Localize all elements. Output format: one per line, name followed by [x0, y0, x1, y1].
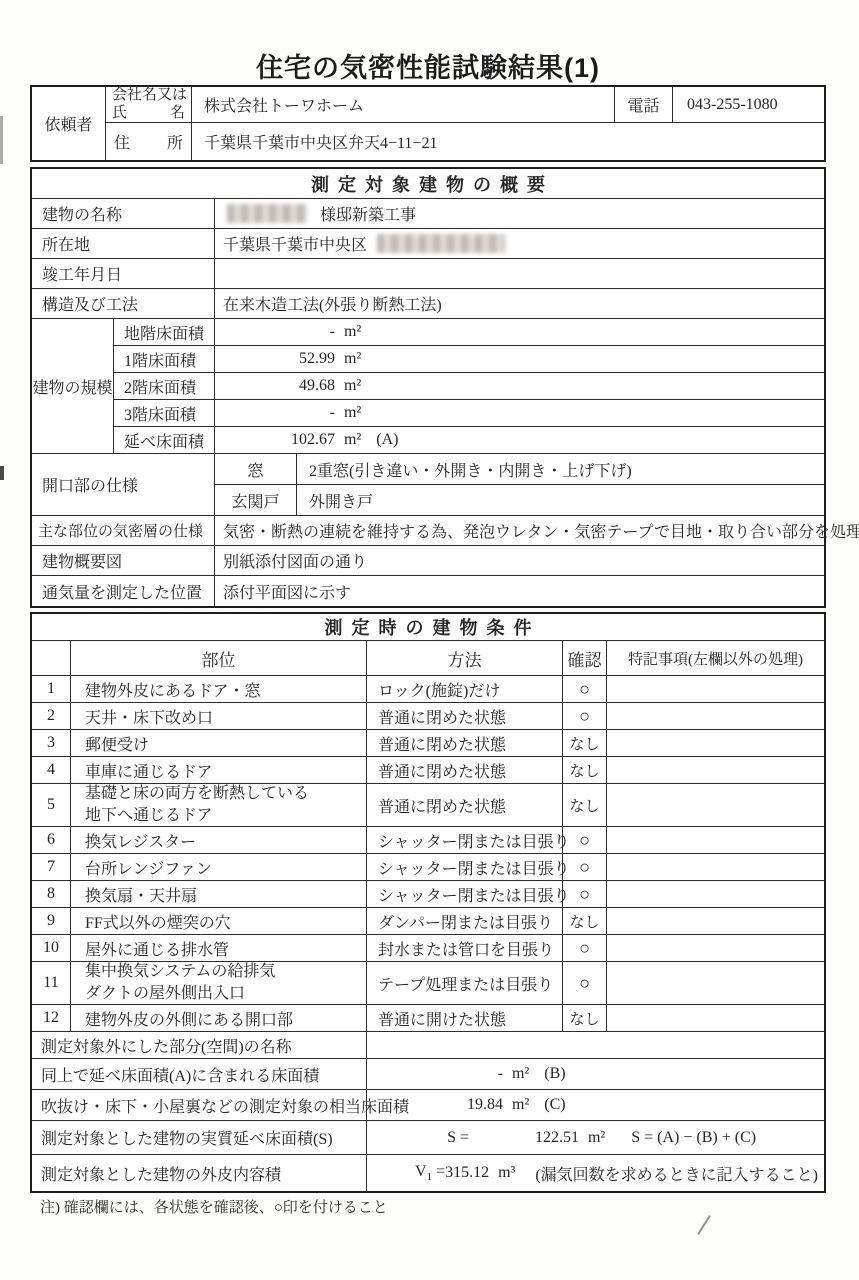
row-part: 車庫に通じるドア: [71, 757, 367, 784]
row-notes: [607, 1005, 824, 1032]
row-number: 2: [32, 703, 71, 730]
structure-label: 構造及び工法: [32, 289, 215, 319]
row-number: 6: [32, 827, 71, 854]
row-part: 屋外に通じる排水管: [71, 935, 367, 962]
entrance-door-label: 玄関戸: [215, 485, 297, 516]
measure-position-label: 通気量を測定した位置: [32, 576, 215, 606]
volume-symbol: V1 =: [415, 1163, 445, 1183]
row-method: ロック(施錠)だけ: [367, 676, 563, 703]
row-notes: [607, 881, 824, 908]
location-label: 所在地: [32, 229, 215, 259]
row-part: 台所レンジファン: [71, 854, 367, 881]
row-part: 換気レジスター: [71, 827, 367, 854]
row-check: ○: [563, 676, 607, 703]
floor-area-c-label: 吹抜け・床下・小屋裏などの測定対象の相当床面積: [32, 1090, 367, 1121]
row-notes: [607, 757, 824, 784]
building-overview-table: 測定対象建物の概要 建物の名称 様邸新築工事 所在地 千葉県千葉市中央区 竣工年…: [30, 167, 826, 608]
row-notes: [607, 730, 824, 757]
entrance-door-value: 外開き戸: [297, 485, 824, 516]
openings-label: 開口部の仕様: [32, 454, 215, 516]
row-check: ○: [563, 703, 607, 730]
footnote: 注) 確認欄には、各状態を確認後、○印を付けること: [40, 1196, 388, 1217]
row-part: 天井・床下改め口: [71, 703, 367, 730]
company-label-line1: 会社名又は: [112, 87, 185, 104]
row-method: シャッター閉または目張り: [367, 827, 563, 854]
envelope-volume-value: V1 = 315.12 m³ (漏気回数を求めるときに記入すること): [367, 1155, 824, 1191]
basement-area-label: 地階床面積: [114, 319, 215, 346]
floor2-area-label: 2階床面積: [114, 373, 215, 400]
scanned-document-page: 住宅の気密性能試験結果(1) 依頼者 会社名又は 氏 名 株式会社トーワホーム …: [0, 0, 859, 1280]
row-number: 10: [32, 935, 71, 962]
row-check: なし: [563, 757, 607, 784]
row-notes: [607, 935, 824, 962]
row-number: 12: [32, 1005, 71, 1032]
row-part: 建物外皮の外側にある開口部: [71, 1005, 367, 1032]
address-value: 千葉県千葉市中央区弁天4−11−21: [192, 123, 824, 160]
row-number: 8: [32, 881, 71, 908]
address-label: 住 所: [106, 123, 192, 160]
floor1-area-value: 52.99 m²: [215, 346, 824, 373]
header-notes: 特記事項(左欄以外の処理): [607, 641, 824, 676]
phone-label: 電話: [615, 87, 673, 123]
completion-date-value: [215, 259, 824, 289]
row-part: 集中換気システムの給排気 ダクトの屋外側出入口: [71, 962, 367, 1005]
row-number: 3: [32, 730, 71, 757]
row-method: 普通に閉めた状態: [367, 703, 563, 730]
scan-edge-mark: [0, 116, 3, 164]
row-check: ○: [563, 881, 607, 908]
excluded-space-value: [367, 1032, 824, 1059]
pen-slash-mark: [697, 1215, 710, 1235]
row-method: 普通に閉めた状態: [367, 784, 563, 827]
excluded-space-label: 測定対象外にした部分(空間)の名称: [32, 1032, 367, 1059]
building-name-value: 様邸新築工事: [215, 199, 824, 229]
document-title: 住宅の気密性能試験結果(1): [30, 46, 826, 85]
row-method: シャッター閉または目張り: [367, 854, 563, 881]
row-number: 11: [32, 962, 71, 1005]
net-floor-area-s-value: S = 122.51 m² S = (A) − (B) + (C): [367, 1121, 824, 1155]
row-check: なし: [563, 1005, 607, 1032]
company-label-line2: 氏 名: [112, 105, 185, 122]
row-number: 5: [32, 784, 71, 827]
structure-value: 在来木造工法(外張り断熱工法): [215, 289, 824, 319]
header-number: [32, 641, 71, 676]
building-scale-label: 建物の規模: [32, 319, 114, 454]
completion-date-label: 竣工年月日: [32, 259, 215, 289]
row-check: なし: [563, 908, 607, 935]
row-notes: [607, 784, 824, 827]
net-floor-area-s-label: 測定対象とした建物の実質延べ床面積(S): [32, 1121, 367, 1155]
diagram-label: 建物概要図: [32, 546, 215, 576]
location-value: 千葉県千葉市中央区: [215, 229, 824, 259]
header-check: 確認: [563, 641, 607, 676]
airtight-layer-label: 主な部位の気密層の仕様: [32, 516, 215, 546]
row-number: 1: [32, 676, 71, 703]
total-floor-area-value: 102.67 m² (A): [215, 427, 824, 454]
row-check: ○: [563, 827, 607, 854]
row-method: シャッター閉または目張り: [367, 881, 563, 908]
redacted-name: [227, 204, 307, 223]
floor3-area-value: - m²: [215, 400, 824, 427]
row-number: 9: [32, 908, 71, 935]
redacted-address: [377, 234, 505, 253]
client-company-value: 株式会社トーワホーム: [192, 87, 615, 123]
floor3-area-label: 3階床面積: [114, 400, 215, 427]
row-notes: [607, 962, 824, 1005]
header-method: 方法: [367, 641, 563, 676]
row-method: テープ処理または目張り: [367, 962, 563, 1005]
measurement-conditions-table: 測定時の建物条件 部位 方法 確認 特記事項(左欄以外の処理) 1 建物外皮にあ…: [30, 612, 826, 1193]
floor-area-c-value: 19.84 m² (C): [367, 1090, 824, 1121]
row-notes: [607, 676, 824, 703]
floor-area-b-value: - m² (B): [367, 1059, 824, 1090]
basement-area-value: - m²: [215, 319, 824, 346]
row-part: 建物外皮にあるドア・窓: [71, 676, 367, 703]
row-part: FF式以外の煙突の穴: [71, 908, 367, 935]
row-check: ○: [563, 854, 607, 881]
row-check: なし: [563, 784, 607, 827]
row-method: 封水または管口を目張り: [367, 935, 563, 962]
diagram-value: 別紙添付図面の通り: [215, 546, 824, 576]
scan-edge-mark: [0, 466, 4, 480]
row-notes: [607, 827, 824, 854]
airtight-layer-value: 気密・断熱の連続を維持する為、発泡ウレタン・気密テープで目地・取り合い部分を処理: [215, 516, 824, 546]
overview-section-title: 測定対象建物の概要: [32, 169, 824, 199]
row-method: ダンパー閉または目張り: [367, 908, 563, 935]
window-value: 2重窓(引き違い・外開き・内開き・上げ下げ): [297, 454, 824, 485]
floor-area-b-label: 同上で延べ床面積(A)に含まれる床面積: [32, 1059, 367, 1090]
row-method: 普通に閉めた状態: [367, 757, 563, 784]
client-info-table: 依頼者 会社名又は 氏 名 株式会社トーワホーム 電話 043-255-1080…: [30, 85, 826, 162]
row-notes: [607, 908, 824, 935]
floor1-area-label: 1階床面積: [114, 346, 215, 373]
measure-position-value: 添付平面図に示す: [215, 576, 824, 606]
row-number: 7: [32, 854, 71, 881]
row-method: 普通に閉めた状態: [367, 730, 563, 757]
row-part: 郵便受け: [71, 730, 367, 757]
total-floor-area-label: 延べ床面積: [114, 427, 215, 454]
row-method: 普通に開けた状態: [367, 1005, 563, 1032]
row-number: 4: [32, 757, 71, 784]
floor2-area-value: 49.68 m²: [215, 373, 824, 400]
row-check: ○: [563, 935, 607, 962]
client-company-label: 会社名又は 氏 名: [106, 87, 192, 123]
header-part: 部位: [71, 641, 367, 676]
envelope-volume-label: 測定対象とした建物の外皮内容積: [32, 1155, 367, 1191]
conditions-section-title: 測定時の建物条件: [32, 614, 824, 641]
window-label: 窓: [215, 454, 297, 485]
row-notes: [607, 854, 824, 881]
building-name-label: 建物の名称: [32, 199, 215, 229]
row-part: 換気扇・天井扇: [71, 881, 367, 908]
row-check: ○: [563, 962, 607, 1005]
row-part: 基礎と床の両方を断熱している 地下へ通じるドア: [71, 784, 367, 827]
phone-value: 043-255-1080: [673, 87, 824, 123]
row-check: なし: [563, 730, 607, 757]
client-role-label: 依頼者: [32, 87, 106, 160]
row-notes: [607, 703, 824, 730]
